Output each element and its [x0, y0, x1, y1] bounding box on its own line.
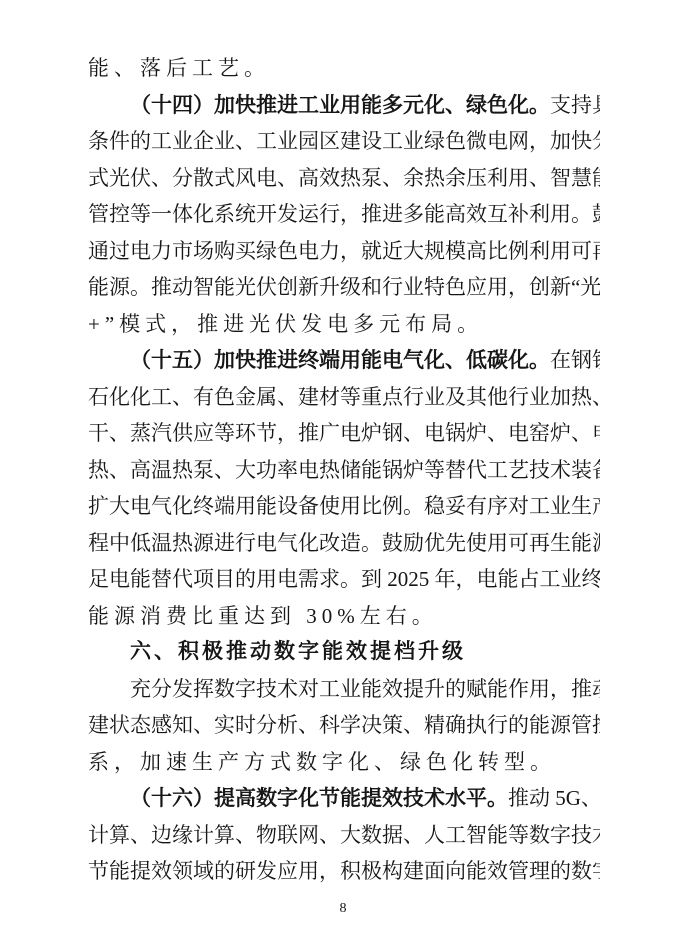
section-6-heading: 六、积极推动数字能效提档升级	[88, 634, 600, 671]
line-text: 程中低温热源进行电气化改造。鼓励优先使用可再生能源满	[88, 531, 600, 555]
text-line: 式光伏、分散式风电、高效热泵、余热余压利用、智慧能源	[88, 160, 600, 197]
section-heading-text: 六、积极推动数字能效提档升级	[130, 640, 466, 663]
clause-16-title: （十六）提高数字化节能提效技术水平。	[130, 786, 508, 810]
line-text: 系，加速生产方式数字化、绿色化转型。	[88, 750, 556, 774]
text-line: 扩大电气化终端用能设备使用比例。稳妥有序对工业生产过	[88, 488, 600, 525]
text-line: 程中低温热源进行电气化改造。鼓励优先使用可再生能源满	[88, 525, 600, 562]
text-line: 能源消费比重达到 30%左右。	[88, 598, 600, 635]
clause-15-title: （十五）加快推进终端用能电气化、低碳化。	[130, 348, 550, 372]
text-line: 节能提效领域的研发应用，积极构建面向能效管理的数字孪	[88, 853, 600, 890]
text-line: 管控等一体化系统开发运行，推进多能高效互补利用。鼓励	[88, 196, 600, 233]
line-text: 热、高温热泵、大功率电热储能锅炉等替代工艺技术装备，	[88, 458, 600, 482]
text-line: 干、蒸汽供应等环节，推广电炉钢、电锅炉、电窑炉、电加	[88, 415, 600, 452]
text-line: 条件的工业企业、工业园区建设工业绿色微电网，加快分布	[88, 123, 600, 160]
text-line: 充分发挥数字技术对工业能效提升的赋能作用，推动构	[88, 671, 600, 708]
text-line: （十六）提高数字化节能提效技术水平。推动 5G、云	[88, 780, 600, 817]
text-line: 热、高温热泵、大功率电热储能锅炉等替代工艺技术装备，	[88, 452, 600, 489]
document-page: 能、落后工艺。 （十四）加快推进工业用能多元化、绿色化。支持具备 条件的工业企业…	[0, 0, 686, 929]
line-text: 干、蒸汽供应等环节，推广电炉钢、电锅炉、电窑炉、电加	[88, 421, 600, 445]
line-text: 支持具备	[550, 93, 600, 117]
line-text: 通过电力市场购买绿色电力，就近大规模高比例利用可再生	[88, 239, 600, 263]
text-line: +”模式，推进光伏发电多元布局。	[88, 306, 600, 343]
line-text: 推动 5G、云	[508, 786, 600, 810]
line-text: 建状态感知、实时分析、科学决策、精确执行的能源管控体	[88, 713, 600, 737]
line-text: 能、落后工艺。	[88, 56, 270, 80]
line-text: 能源。推动智能光伏创新升级和行业特色应用，创新“光伏	[88, 275, 600, 299]
text-line: 建状态感知、实时分析、科学决策、精确执行的能源管控体	[88, 707, 600, 744]
text-block: 能、落后工艺。 （十四）加快推进工业用能多元化、绿色化。支持具备 条件的工业企业…	[88, 50, 600, 890]
line-text: 能源消费比重达到 30%左右。	[88, 604, 438, 628]
text-line: （十四）加快推进工业用能多元化、绿色化。支持具备	[88, 87, 600, 124]
line-text: 节能提效领域的研发应用，积极构建面向能效管理的数字孪	[88, 859, 600, 883]
line-text: 足电能替代项目的用电需求。到 2025 年，电能占工业终端	[88, 567, 600, 591]
text-line: 能、落后工艺。	[88, 50, 600, 87]
line-text: +”模式，推进光伏发电多元布局。	[88, 312, 483, 336]
line-text: 扩大电气化终端用能设备使用比例。稳妥有序对工业生产过	[88, 494, 600, 518]
page-number: 8	[0, 901, 686, 917]
line-text: 充分发挥数字技术对工业能效提升的赋能作用，推动构	[130, 677, 600, 701]
line-text: 条件的工业企业、工业园区建设工业绿色微电网，加快分布	[88, 129, 600, 153]
text-line: 计算、边缘计算、物联网、大数据、人工智能等数字技术在	[88, 817, 600, 854]
line-text: 管控等一体化系统开发运行，推进多能高效互补利用。鼓励	[88, 202, 600, 226]
line-text: 在钢铁、	[550, 348, 600, 372]
line-text: 计算、边缘计算、物联网、大数据、人工智能等数字技术在	[88, 823, 600, 847]
text-line: 石化化工、有色金属、建材等重点行业及其他行业加热、烘	[88, 379, 600, 416]
clause-14-title: （十四）加快推进工业用能多元化、绿色化。	[130, 93, 550, 117]
line-text: 式光伏、分散式风电、高效热泵、余热余压利用、智慧能源	[88, 166, 600, 190]
line-text: 石化化工、有色金属、建材等重点行业及其他行业加热、烘	[88, 385, 600, 409]
text-line: 能源。推动智能光伏创新升级和行业特色应用，创新“光伏	[88, 269, 600, 306]
text-line: 通过电力市场购买绿色电力，就近大规模高比例利用可再生	[88, 233, 600, 270]
text-line: 系，加速生产方式数字化、绿色化转型。	[88, 744, 600, 781]
text-line: 足电能替代项目的用电需求。到 2025 年，电能占工业终端	[88, 561, 600, 598]
text-line: （十五）加快推进终端用能电气化、低碳化。在钢铁、	[88, 342, 600, 379]
